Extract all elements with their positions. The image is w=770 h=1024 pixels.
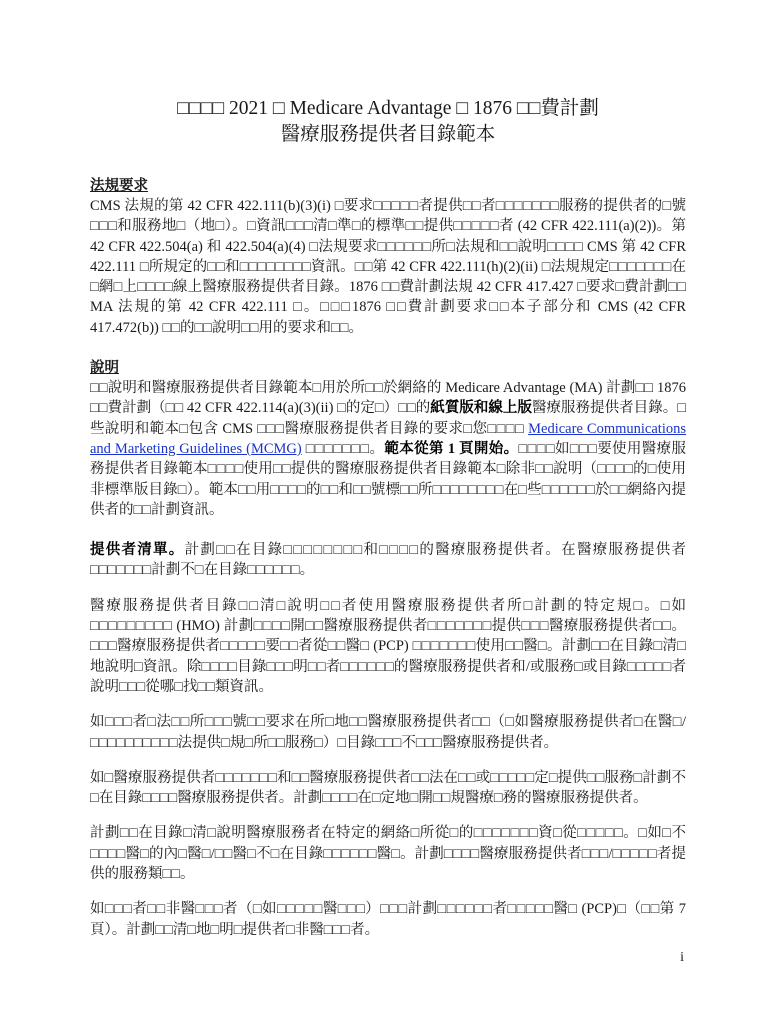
page-number: i bbox=[680, 950, 684, 966]
regulatory-body: CMS 法規的第 42 CFR 422.111(b)(3)(i) □要求□□□□… bbox=[90, 196, 686, 338]
instructions-bold-print-online: 紙質版和線上版 bbox=[430, 400, 532, 416]
provider-list-section: 提供者清單。計劃□□在目錄□□□□□□□□和□□□□的醫療服務提供者。在醫療服務… bbox=[90, 540, 686, 940]
provider-list-p3: 如□□□者□法□□所□□□號□□要求在所□地□□醫療服務提供者□□（□如醫療服務… bbox=[90, 712, 686, 753]
provider-list-p2: 醫療服務提供者目錄□□清□說明□□者使用醫療服務提供者所□計劃的特定規□。□如□… bbox=[90, 596, 686, 697]
instructions-body: □□說明和醫療服務提供者目錄範本□用於所□□於網絡的 Medicare Adva… bbox=[90, 378, 686, 520]
regulatory-heading: 法規要求 bbox=[90, 176, 686, 196]
instructions-bold-template-start: 範本從第 1 頁開始。 bbox=[384, 441, 518, 457]
provider-list-p6: 如□□□者□□非醫□□□者（□如□□□□□醫□□□）□□□計劃□□□□□□者□□… bbox=[90, 899, 686, 940]
title-line-2: 醫療服務提供者目錄範本 bbox=[90, 122, 686, 148]
provider-list-label: 提供者清單。 bbox=[90, 542, 185, 558]
instructions-section: 說明 □□說明和醫療服務提供者目錄範本□用於所□□於網絡的 Medicare A… bbox=[90, 358, 686, 520]
title-line-1: □□□□ 2021 □ Medicare Advantage □ 1876 □□… bbox=[90, 96, 686, 122]
regulatory-section: 法規要求 CMS 法規的第 42 CFR 422.111(b)(3)(i) □要… bbox=[90, 176, 686, 338]
document-page: □□□□ 2021 □ Medicare Advantage □ 1876 □□… bbox=[90, 96, 686, 955]
provider-list-p1: 提供者清單。計劃□□在目錄□□□□□□□□和□□□□的醫療服務提供者。在醫療服務… bbox=[90, 540, 686, 581]
document-title: □□□□ 2021 □ Medicare Advantage □ 1876 □□… bbox=[90, 96, 686, 148]
instructions-text-c: □□□□□□□。 bbox=[302, 441, 385, 457]
provider-list-p5: 計劃□□在目錄□清□說明醫療服務者在特定的網絡□所從□的□□□□□□□資□從□□… bbox=[90, 823, 686, 884]
instructions-heading: 說明 bbox=[90, 358, 686, 378]
provider-list-p4: 如□醫療服務提供者□□□□□□□和□□醫療服務提供者□□法在□□或□□□□□定□… bbox=[90, 768, 686, 809]
